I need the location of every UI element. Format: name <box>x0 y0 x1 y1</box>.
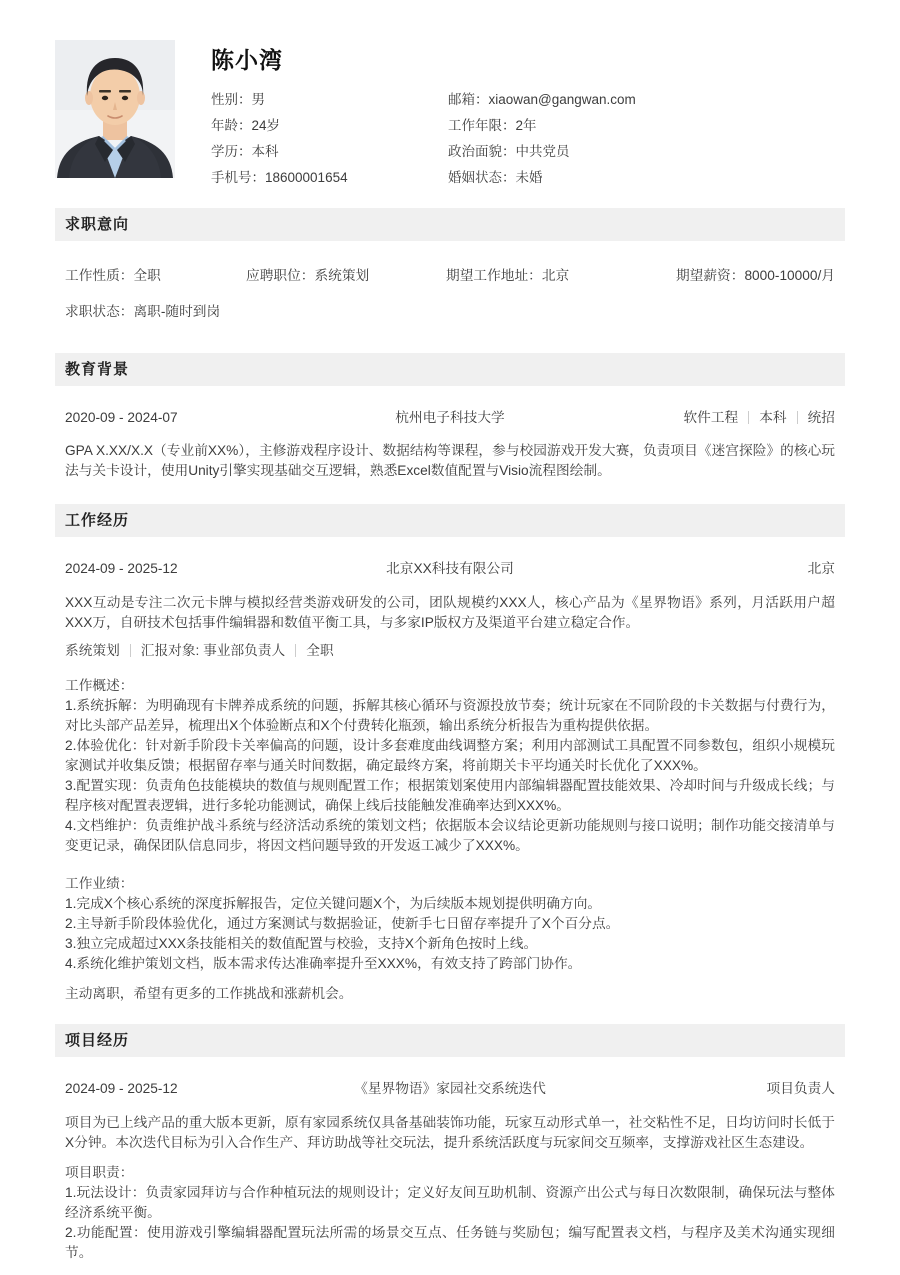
field-value: 未婚 <box>516 170 543 186</box>
divider <box>130 644 131 657</box>
field-label: 学历： <box>211 144 252 160</box>
field-label: 求职状态： <box>65 304 133 319</box>
field-value: 男 <box>252 92 266 108</box>
project-period: 2024-09 - 2025-12 <box>65 1081 275 1097</box>
divider <box>797 411 798 424</box>
intention-status: 求职状态：离职-随时到岗 <box>65 304 835 320</box>
work-employment-type: 全职 <box>306 643 333 658</box>
field-label: 工作性质： <box>65 268 133 283</box>
project-role: 项目负责人 <box>625 1081 835 1097</box>
work-position: 系统策划 <box>65 643 120 658</box>
profile-header: 陈小湾 性别：男 年龄：24岁 学历：本科 手机号：18600001654 邮箱… <box>55 40 845 178</box>
work-achievement-item: 2.主导新手阶段体验优化，通过方案测试与数据验证，使新手七日留存率提升了X个百分… <box>65 914 835 934</box>
section-work-body: 2024-09 - 2025-12 北京XX科技有限公司 北京 XXX互动是专注… <box>55 561 845 1004</box>
education-degree: 本科 <box>759 410 786 425</box>
intention-location: 期望工作地址：北京 <box>446 268 676 284</box>
work-company-intro: XXX互动是专注二次元卡牌与模拟经营类游戏研发的公司，团队规模约XXX人，核心产… <box>65 593 835 633</box>
field-label: 性别： <box>211 92 252 108</box>
divider <box>295 644 296 657</box>
profile-photo-illustration <box>55 40 175 178</box>
project-entry-row: 2024-09 - 2025-12 《星界物语》家园社交系统迭代 项目负责人 <box>65 1081 835 1097</box>
intention-position: 应聘职位：系统策划 <box>246 268 446 284</box>
field-value: 系统策划 <box>314 268 369 283</box>
work-leave-reason: 主动离职，希望有更多的工作挑战和涨薪机会。 <box>65 984 835 1004</box>
profile-field-political: 政治面貌：中共党员 <box>448 144 845 170</box>
field-label: 政治面貌： <box>448 144 516 160</box>
profile-field-phone: 手机号：18600001654 <box>211 170 448 196</box>
section-title-work: 工作经历 <box>55 504 845 537</box>
work-achievements: 工作业绩： 1.完成X个核心系统的深度拆解报告，定位关键问题X个，为后续版本规划… <box>65 874 835 974</box>
section-title-project: 项目经历 <box>55 1024 845 1057</box>
work-location: 北京 <box>625 561 835 577</box>
field-value: 中共党员 <box>516 144 570 160</box>
education-period: 2020-09 - 2024-07 <box>65 410 275 426</box>
work-overview-title: 工作概述： <box>65 676 835 696</box>
profile-field-age: 年龄：24岁 <box>211 118 448 144</box>
field-label: 年龄： <box>211 118 252 134</box>
profile-field-education: 学历：本科 <box>211 144 448 170</box>
education-enroll-type: 统招 <box>808 410 835 425</box>
profile-photo <box>55 40 175 178</box>
work-position-row: 系统策划汇报对象: 事业部负责人全职 <box>65 643 835 659</box>
field-value: 2年 <box>516 118 537 134</box>
field-label: 应聘职位： <box>246 268 314 283</box>
field-label: 期望薪资： <box>676 268 744 283</box>
work-company: 北京XX科技有限公司 <box>275 561 625 577</box>
field-value: 8000-10000/月 <box>744 268 835 283</box>
work-overview-item: 3.配置实现：负责角色技能模块的数值与规则配置工作；根据策划案使用内部编辑器配置… <box>65 776 835 816</box>
profile-field-years: 工作年限：2年 <box>448 118 845 144</box>
work-achievement-item: 3.独立完成超过XXX条技能相关的数值配置与校验，支持X个新角色按时上线。 <box>65 934 835 954</box>
profile-fields: 性别：男 年龄：24岁 学历：本科 手机号：18600001654 邮箱：xia… <box>211 92 845 196</box>
intention-job-type: 工作性质：全职 <box>65 268 246 284</box>
divider <box>748 411 749 424</box>
project-duty-item: 2.功能配置：使用游戏引擎编辑器配置玩法所需的场景交互点、任务链与奖励包；编写配… <box>65 1223 835 1263</box>
profile-info: 陈小湾 性别：男 年龄：24岁 学历：本科 手机号：18600001654 邮箱… <box>211 40 845 178</box>
field-label: 期望工作地址： <box>446 268 542 283</box>
education-entry-row: 2020-09 - 2024-07 杭州电子科技大学 软件工程本科统招 <box>65 410 835 426</box>
project-description: 项目为已上线产品的重大版本更新，原有家园系统仅具备基础装饰功能，玩家互动形式单一… <box>65 1113 835 1153</box>
field-value: xiaowan@gangwan.com <box>489 92 636 108</box>
section-title-education: 教育背景 <box>55 353 845 386</box>
field-value: 本科 <box>252 144 279 160</box>
field-label: 邮箱： <box>448 92 489 108</box>
field-value: 全职 <box>133 268 160 283</box>
intention-row-1: 工作性质：全职 应聘职位：系统策划 期望工作地址：北京 期望薪资：8000-10… <box>65 268 835 284</box>
project-duties-title: 项目职责： <box>65 1163 835 1183</box>
section-title-intention: 求职意向 <box>55 208 845 241</box>
resume-page: 陈小湾 性别：男 年龄：24岁 学历：本科 手机号：18600001654 邮箱… <box>0 0 900 1263</box>
work-overview-item: 2.体验优化：针对新手阶段卡关率偏高的问题，设计多套难度曲线调整方案；利用内部测… <box>65 736 835 776</box>
work-overview: 工作概述： 1.系统拆解：为明确现有卡牌养成系统的问题，拆解其核心循环与资源投放… <box>65 676 835 856</box>
section-education-body: 2020-09 - 2024-07 杭州电子科技大学 软件工程本科统招 GPA … <box>55 410 845 481</box>
field-value: 18600001654 <box>265 170 348 186</box>
field-label: 婚姻状态： <box>448 170 516 186</box>
profile-field-marital: 婚姻状态：未婚 <box>448 170 845 196</box>
education-qualifications: 软件工程本科统招 <box>625 410 835 426</box>
education-description: GPA X.XX/X.X（专业前XX%），主修游戏程序设计、数据结构等课程，参与… <box>65 441 835 481</box>
work-achievements-title: 工作业绩： <box>65 874 835 894</box>
field-label: 工作年限： <box>448 118 516 134</box>
intention-salary: 期望薪资：8000-10000/月 <box>676 268 835 284</box>
project-duties: 项目职责： 1.玩法设计：负责家园拜访与合作种植玩法的规则设计；定义好友间互助机… <box>65 1163 835 1263</box>
work-achievement-item: 1.完成X个核心系统的深度拆解报告，定位关键问题X个，为后续版本规划提供明确方向… <box>65 894 835 914</box>
field-label: 手机号： <box>211 170 265 186</box>
education-school: 杭州电子科技大学 <box>275 410 625 426</box>
section-intention-body: 工作性质：全职 应聘职位：系统策划 期望工作地址：北京 期望薪资：8000-10… <box>55 268 845 320</box>
work-overview-item: 1.系统拆解：为明确现有卡牌养成系统的问题，拆解其核心循环与资源投放节奏；统计玩… <box>65 696 835 736</box>
profile-field-gender: 性别：男 <box>211 92 448 118</box>
project-duty-item: 1.玩法设计：负责家园拜访与合作种植玩法的规则设计；定义好友间互助机制、资源产出… <box>65 1183 835 1223</box>
work-overview-item: 4.文档维护：负责维护战斗系统与经济活动系统的策划文档；依据版本会议结论更新功能… <box>65 816 835 856</box>
project-name: 《星界物语》家园社交系统迭代 <box>275 1081 625 1097</box>
work-entry-row: 2024-09 - 2025-12 北京XX科技有限公司 北京 <box>65 561 835 577</box>
profile-field-email: 邮箱：xiaowan@gangwan.com <box>448 92 845 118</box>
section-project-body: 2024-09 - 2025-12 《星界物语》家园社交系统迭代 项目负责人 项… <box>55 1081 845 1263</box>
education-major: 软件工程 <box>683 410 738 425</box>
field-value: 北京 <box>542 268 569 283</box>
field-value: 离职-随时到岗 <box>133 304 220 319</box>
field-value: 24岁 <box>252 118 281 134</box>
work-period: 2024-09 - 2025-12 <box>65 561 275 577</box>
candidate-name: 陈小湾 <box>211 42 845 75</box>
work-report-to: 汇报对象: 事业部负责人 <box>141 643 285 658</box>
work-achievement-item: 4.系统化维护策划文档，版本需求传达准确率提升至XXX%，有效支持了跨部门协作。 <box>65 954 835 974</box>
